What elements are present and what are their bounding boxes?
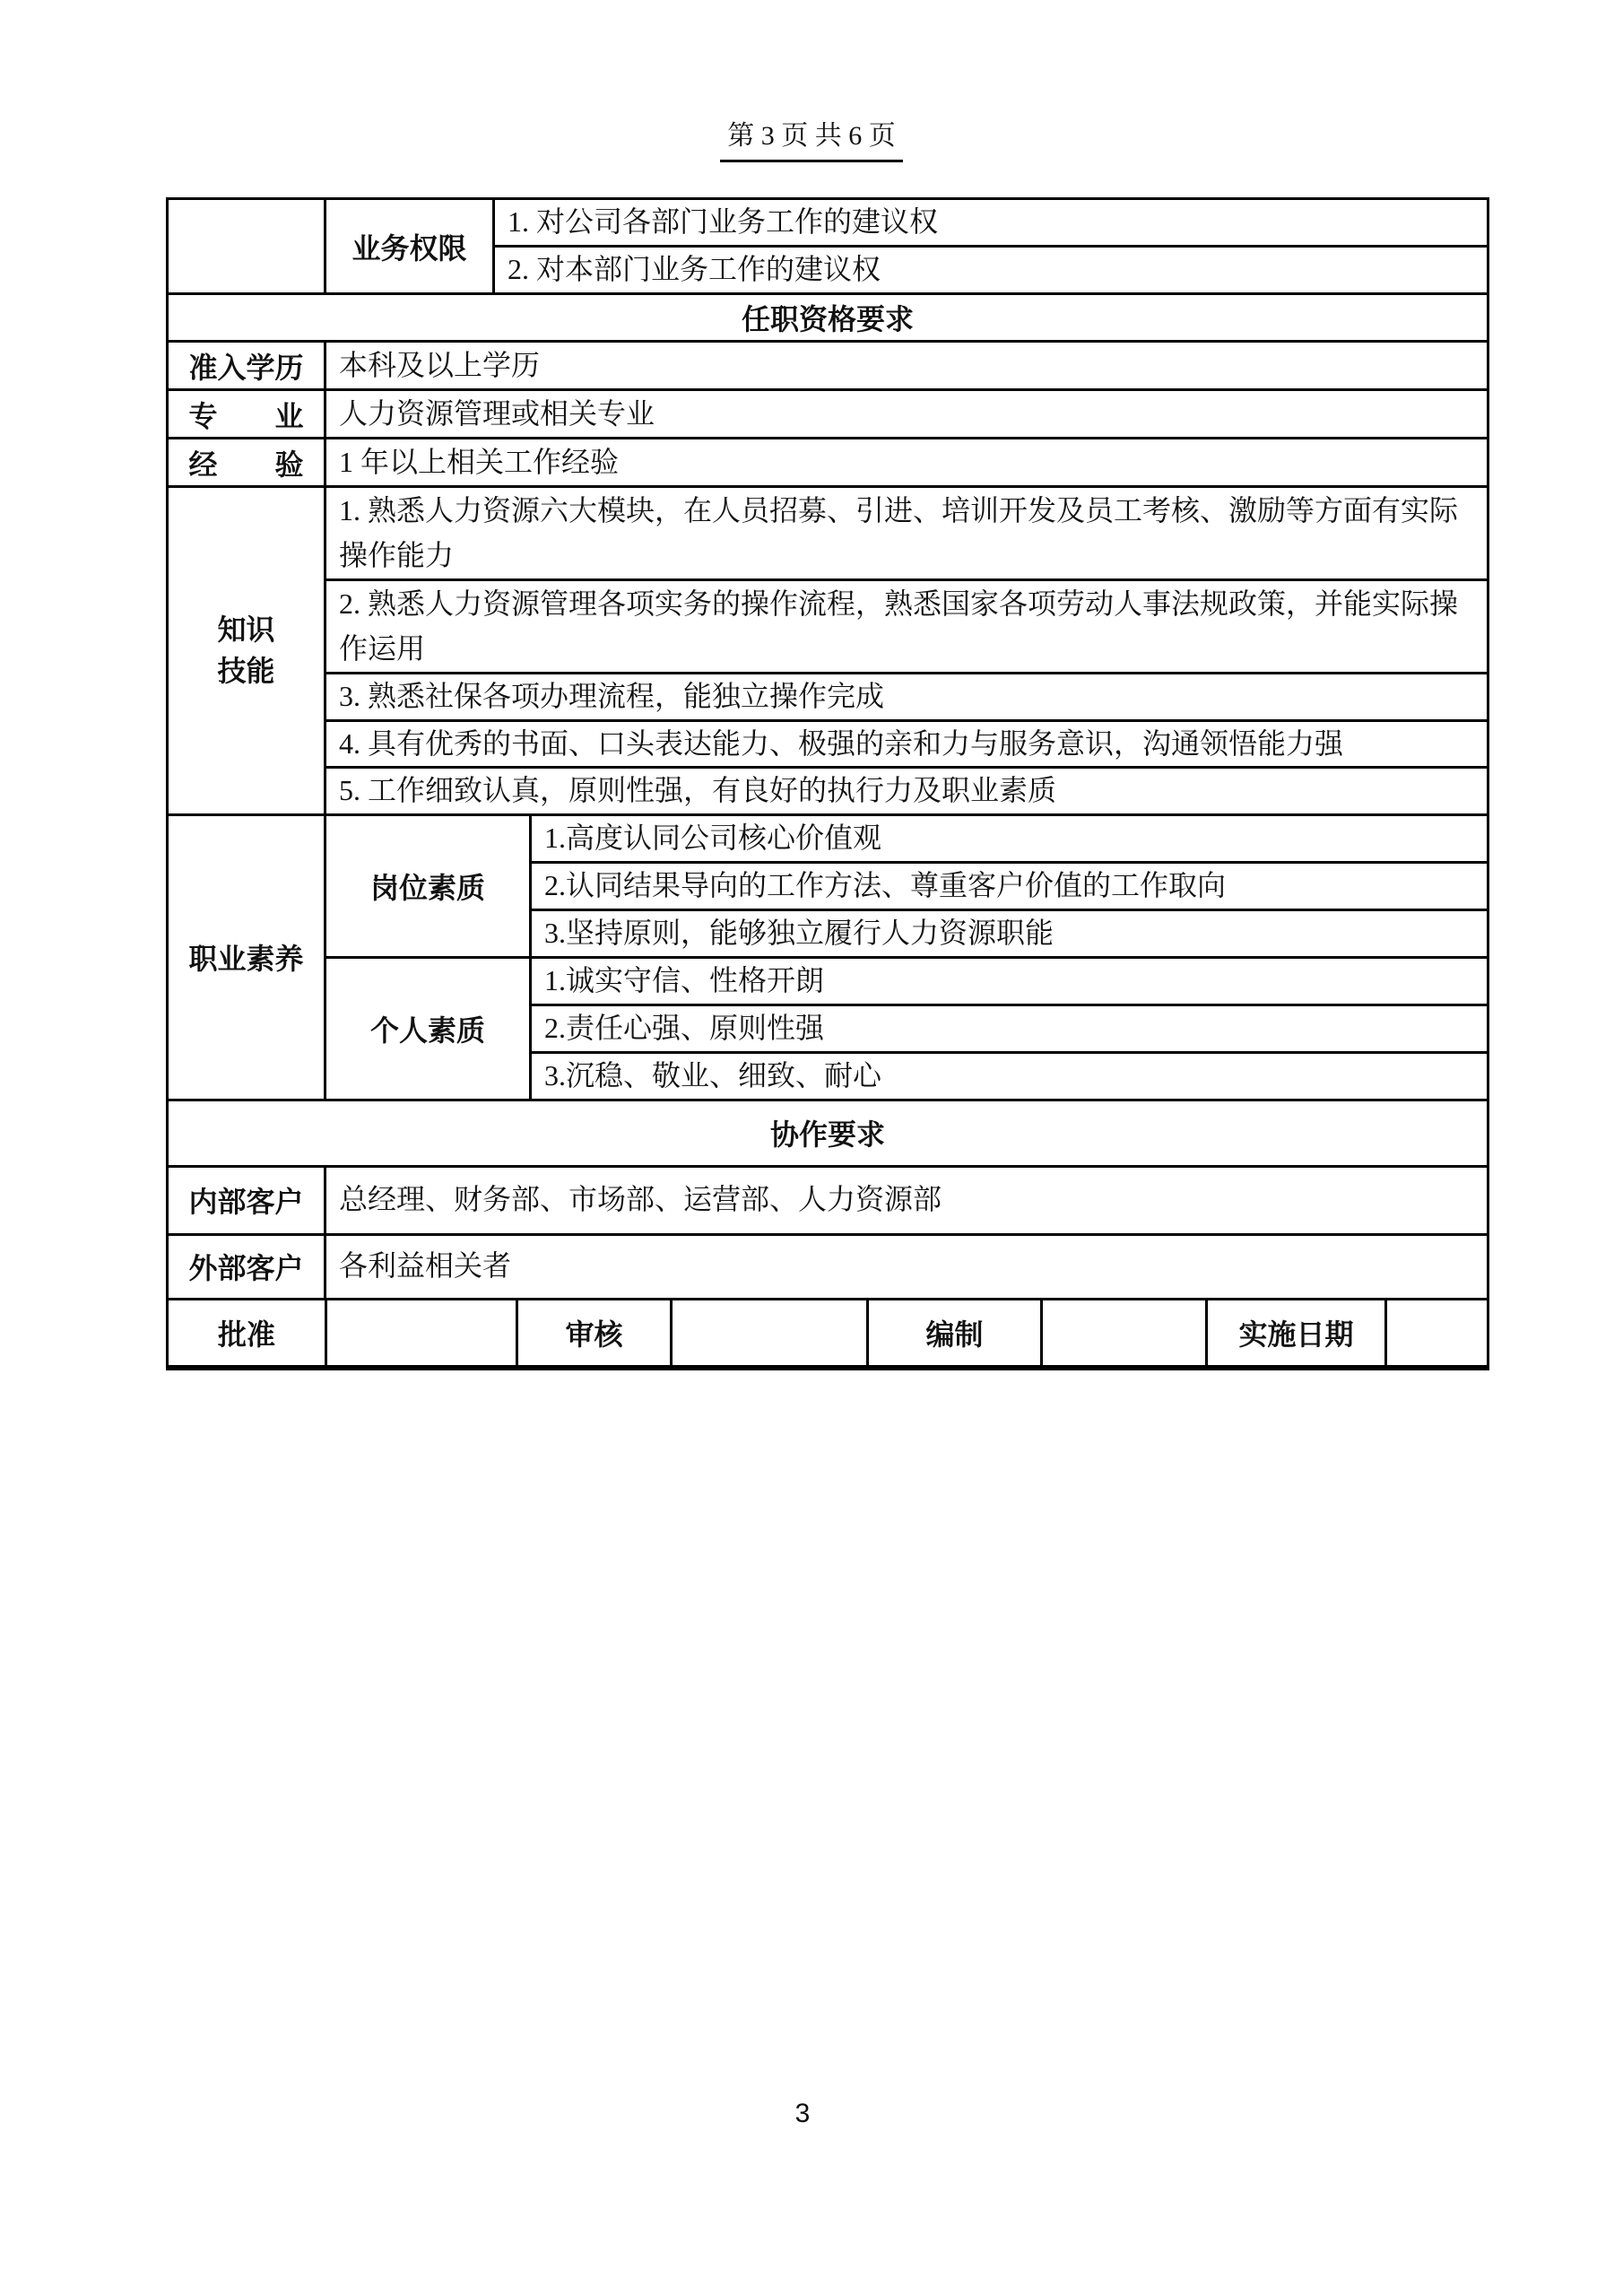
professional-quality-label: 职业素养 [168, 814, 325, 1100]
external-customers-label: 外部客户 [168, 1234, 325, 1299]
knowledge-item-3: 3. 熟悉社保各项办理流程，能独立操作完成 [325, 674, 1488, 721]
experience-label: 经 验 [168, 439, 325, 487]
experience-value: 1 年以上相关工作经验 [325, 439, 1488, 487]
approve-label-cell: 批准 [169, 1300, 325, 1365]
knowledge-item-2: 2. 熟悉人力资源管理各项实务的操作流程，熟悉国家各项劳动人事法规政策，并能实际… [325, 580, 1488, 674]
collaboration-section-header: 协作要求 [168, 1100, 1488, 1166]
approval-row-flex: 批准 审核 编制 实施日期 [169, 1300, 1487, 1365]
personal-quality-item-3: 3.沉稳、敬业、细致、耐心 [531, 1052, 1488, 1100]
personal-quality-item-2: 2.责任心强、原则性强 [531, 1004, 1488, 1052]
approval-row: 批准 审核 编制 实施日期 [168, 1299, 1488, 1368]
knowledge-skills-label: 知识 技能 [168, 487, 325, 815]
page-number: 3 [0, 2099, 1605, 2129]
personal-quality-item-1: 1.诚实守信、性格开朗 [531, 957, 1488, 1004]
knowledge-item-4: 4. 具有优秀的书面、口头表达能力、极强的亲和力与服务意识，沟通领悟能力强 [325, 720, 1488, 768]
business-authority-item-1: 1. 对公司各部门业务工作的建议权 [494, 199, 1488, 247]
education-value: 本科及以上学历 [325, 342, 1488, 390]
personal-quality-label: 个人素质 [325, 957, 531, 1100]
post-quality-label: 岗位素质 [325, 814, 531, 957]
review-label-cell: 审核 [516, 1300, 670, 1365]
knowledge-item-1: 1. 熟悉人力资源六大模块，在人员招募、引进、培训开发及员工考核、激励等方面有实… [325, 487, 1488, 580]
post-quality-item-1: 1.高度认同公司核心价值观 [531, 814, 1488, 862]
internal-customers-label: 内部客户 [168, 1166, 325, 1234]
major-label: 专 业 [168, 390, 325, 439]
compile-value-cell [1040, 1300, 1205, 1365]
knowledge-skills-label-line2: 技能 [174, 650, 318, 691]
knowledge-skills-label-line1: 知识 [174, 609, 318, 650]
post-quality-item-3: 3.坚持原则，能够独立履行人力资源职能 [531, 909, 1488, 957]
knowledge-item-5: 5. 工作细致认真，原则性强，有良好的执行力及职业素质 [325, 768, 1488, 815]
education-label: 准入学历 [168, 342, 325, 390]
business-authority-item-2: 2. 对本部门业务工作的建议权 [494, 247, 1488, 294]
approve-value-cell [325, 1300, 516, 1365]
implement-date-label-cell: 实施日期 [1205, 1300, 1384, 1365]
post-quality-item-2: 2.认同结果导向的工作方法、尊重客户价值的工作取向 [531, 862, 1488, 909]
internal-customers-value: 总经理、财务部、市场部、运营部、人力资源部 [325, 1166, 1488, 1234]
review-value-cell [670, 1300, 866, 1365]
external-customers-value: 各利益相关者 [325, 1234, 1488, 1299]
major-value: 人力资源管理或相关专业 [325, 390, 1488, 439]
compile-label-cell: 编制 [866, 1300, 1040, 1365]
job-description-table: 业务权限 1. 对公司各部门业务工作的建议权 2. 对本部门业务工作的建议权 任… [166, 197, 1489, 1370]
business-authority-label: 业务权限 [325, 199, 494, 294]
page-header: 第 3 页 共 6 页 [0, 113, 1623, 162]
qualification-section-header: 任职资格要求 [168, 294, 1488, 342]
page-header-text: 第 3 页 共 6 页 [720, 113, 903, 162]
blank-cell [168, 199, 325, 294]
implement-date-value-cell [1384, 1300, 1487, 1365]
